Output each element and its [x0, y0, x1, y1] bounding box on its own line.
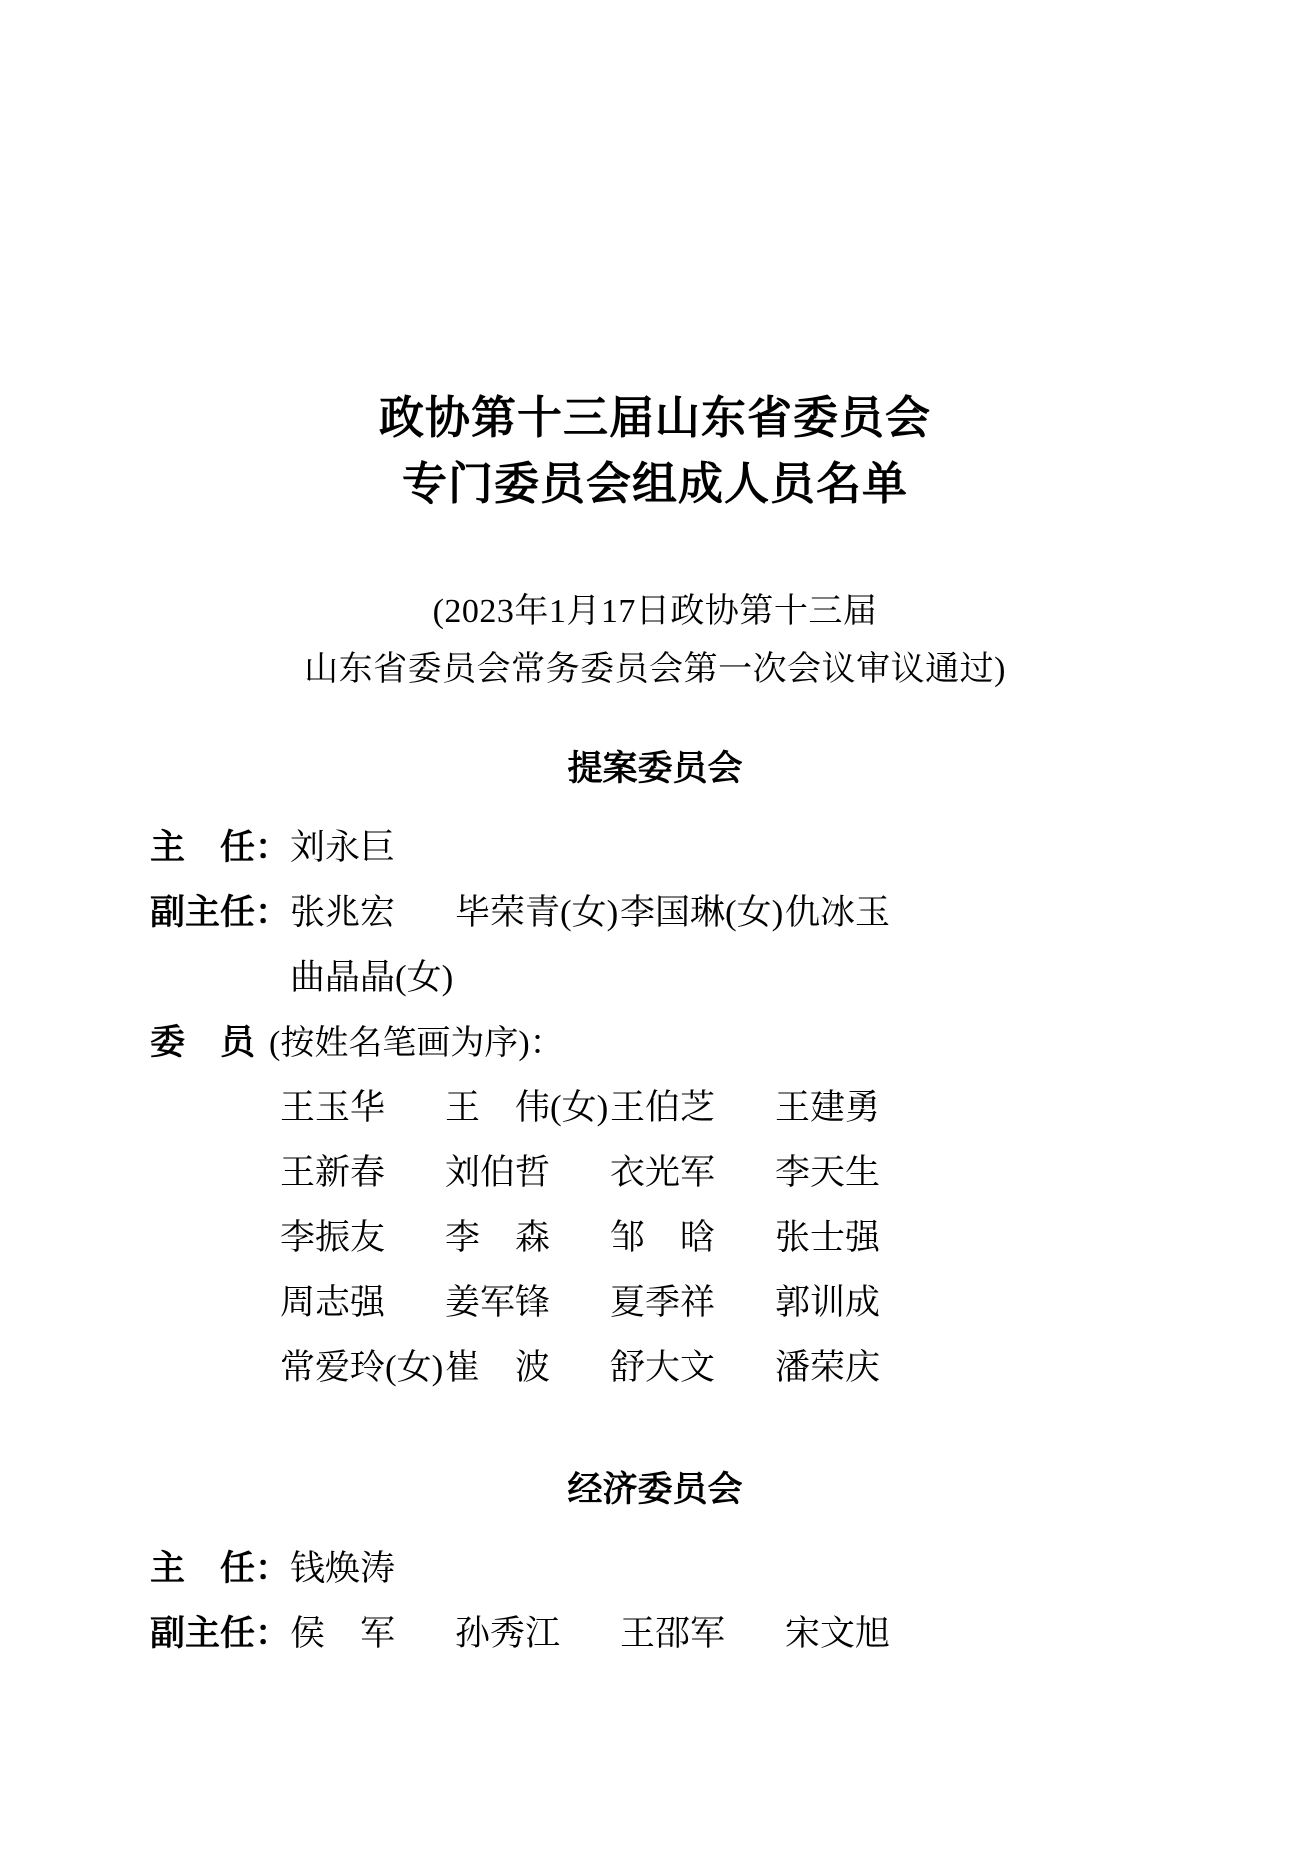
member-name: 夏季祥 — [610, 1270, 775, 1335]
member-name: 王伯芝 — [610, 1075, 775, 1140]
members-label: 委 员 — [150, 1010, 255, 1075]
members-sort-note: (按姓名笔画为序)： — [269, 1011, 564, 1076]
vice-chairman-name: 宋文旭 — [785, 1601, 890, 1666]
member-name: 李天生 — [775, 1140, 880, 1205]
chairman-name: 钱焕涛 — [290, 1536, 395, 1601]
chairman-line: 主 任： 钱焕涛 — [150, 1536, 1160, 1601]
member-name: 李 森 — [445, 1205, 610, 1270]
member-name: 衣光军 — [610, 1140, 775, 1205]
section-heading-economic: 经济委员会 — [150, 1466, 1160, 1514]
member-name: 刘伯哲 — [445, 1140, 610, 1205]
section-economic-committee: 经济委员会 主 任： 钱焕涛 副主任： 侯 军 孙秀江 王邵军 宋文旭 — [150, 1466, 1160, 1666]
vice-chairman-name: 李国琳(女) — [620, 880, 785, 945]
vice-chairman-name: 毕荣青(女) — [455, 880, 620, 945]
member-name: 王新春 — [280, 1140, 445, 1205]
doc-title-line1: 政协第十三届山东省委员会 — [150, 385, 1160, 451]
section-proposal-committee: 提案委员会 主 任： 刘永巨 副主任： 张兆宏 毕荣青(女) 李国琳(女) 仇冰… — [150, 745, 1160, 1400]
member-name: 王建勇 — [775, 1075, 880, 1140]
member-name: 邹 晗 — [610, 1205, 775, 1270]
chairman-label: 主 任： — [150, 815, 290, 880]
members-grid: 王玉华 王 伟(女) 王伯芝 王建勇 王新春 刘伯哲 衣光军 李天生 李振友 李… — [280, 1075, 1160, 1400]
vice-chairman-name: 仇冰玉 — [785, 880, 890, 945]
doc-subtitle-line2: 山东省委员会常务委员会第一次会议审议通过) — [150, 641, 1160, 699]
vice-chairman-line: 副主任： 张兆宏 毕荣青(女) 李国琳(女) 仇冰玉 — [150, 880, 1160, 945]
vice-chairman-label: 副主任： — [150, 880, 290, 945]
doc-title-line2: 专门委员会组成人员名单 — [150, 451, 1160, 517]
chairman-name: 刘永巨 — [290, 815, 395, 880]
member-name: 周志强 — [280, 1270, 445, 1335]
member-name: 李振友 — [280, 1205, 445, 1270]
vice-chairman-label: 副主任： — [150, 1601, 290, 1666]
chairman-line: 主 任： 刘永巨 — [150, 815, 1160, 880]
document-page: 政协第十三届山东省委员会 专门委员会组成人员名单 (2023年1月17日政协第十… — [0, 0, 1310, 1871]
doc-subtitle-line1: (2023年1月17日政协第十三届 — [150, 583, 1160, 641]
vice-chairman-name: 张兆宏 — [290, 880, 455, 945]
member-name: 郭训成 — [775, 1270, 880, 1335]
vice-chairman-name: 侯 军 — [290, 1601, 455, 1666]
member-name: 王 伟(女) — [445, 1075, 610, 1140]
member-name: 姜军锋 — [445, 1270, 610, 1335]
members-header-line: 委 员 (按姓名笔画为序)： — [150, 1010, 1160, 1075]
vice-chairman-name: 孙秀江 — [455, 1601, 620, 1666]
vice-chairman-name: 王邵军 — [620, 1601, 785, 1666]
vice-chairman-line: 副主任： 侯 军 孙秀江 王邵军 宋文旭 — [150, 1601, 1160, 1666]
chairman-label: 主 任： — [150, 1536, 290, 1601]
member-name: 常爱玲(女) — [280, 1335, 445, 1400]
vice-chairman-name: 曲晶晶(女) — [290, 945, 453, 1010]
member-row: 李振友 李 森 邹 晗 张士强 — [280, 1205, 1160, 1270]
member-name: 潘荣庆 — [775, 1335, 880, 1400]
section-heading-proposal: 提案委员会 — [150, 745, 1160, 793]
member-name: 崔 波 — [445, 1335, 610, 1400]
vice-chairman-line-continued: 曲晶晶(女) — [150, 945, 1160, 1010]
member-row: 周志强 姜军锋 夏季祥 郭训成 — [280, 1270, 1160, 1335]
member-row: 王新春 刘伯哲 衣光军 李天生 — [280, 1140, 1160, 1205]
member-row: 常爱玲(女) 崔 波 舒大文 潘荣庆 — [280, 1335, 1160, 1400]
member-name: 舒大文 — [610, 1335, 775, 1400]
member-name: 张士强 — [775, 1205, 880, 1270]
member-name: 王玉华 — [280, 1075, 445, 1140]
member-row: 王玉华 王 伟(女) 王伯芝 王建勇 — [280, 1075, 1160, 1140]
